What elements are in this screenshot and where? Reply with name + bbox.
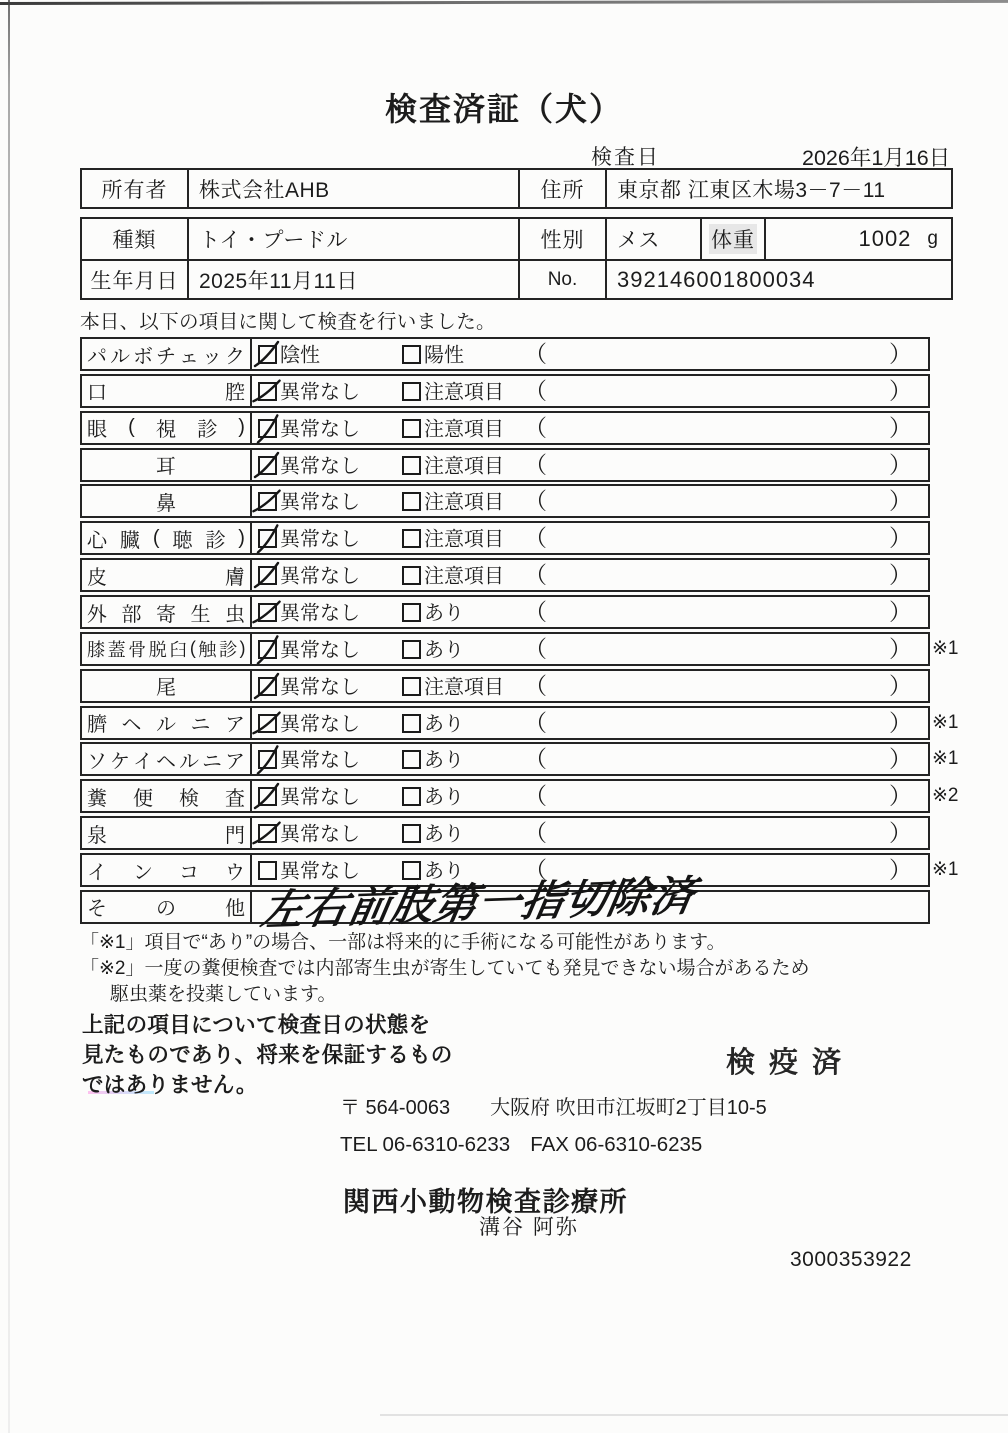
inspection-date-label: 検査日 <box>591 141 660 171</box>
remarks-paren-open: （ <box>524 594 547 627</box>
option-primary-label: 異常なし <box>280 670 360 699</box>
footnote-marker: ※1 <box>932 747 980 770</box>
checkbox-primary <box>258 714 277 733</box>
remarks-paren-close: ） <box>889 372 912 405</box>
checklist-row: 膝蓋骨脱臼(触診) 異常なし あり （ ） ※1 <box>80 632 930 666</box>
checklist-row: ソケイヘルニア 異常なし あり （ ） ※1 <box>80 742 930 776</box>
checklist-row: 鼻 異常なし 注意項目 （ ） <box>80 484 930 518</box>
serial-number: 3000353922 <box>790 1248 912 1272</box>
checklist-row-content: 異常なし 注意項目 （ ） <box>250 413 928 443</box>
checklist-item-label: 心臓(聴診) <box>82 523 250 553</box>
checklist-row: 外部寄生虫 異常なし あり （ ） <box>80 595 930 629</box>
option-primary-label: 陰性 <box>280 339 320 368</box>
checklist-row: 皮膚 異常なし 注意項目 （ ） <box>80 558 930 592</box>
sex-label: 性別 <box>518 219 605 259</box>
remarks-paren-close: ） <box>889 557 912 590</box>
checklist-row: 泉門 異常なし あり （ ） <box>80 816 930 850</box>
option-primary-label: 異常なし <box>280 560 360 589</box>
certificate-number-value: 392146001800034 <box>605 261 951 301</box>
checklist-item-label: インコウ <box>82 855 250 885</box>
remarks-paren-close: ） <box>889 520 912 553</box>
checklist-item-label: パルボチェック <box>82 339 250 369</box>
checkbox-secondary <box>402 566 421 585</box>
remarks-paren-close: ） <box>889 409 912 442</box>
checkbox-secondary <box>402 824 421 843</box>
disclaimer-block: 上記の項目について検査日の状態を 見たものであり、将来を保証するもの ではありま… <box>82 1010 453 1100</box>
clinic-tel: TEL 06-6310-6233 <box>340 1133 510 1157</box>
birthdate-label: 生年月日 <box>82 261 187 301</box>
weight-label: 体重 <box>700 219 764 259</box>
scan-edge-artifact-bottom <box>380 1414 1008 1416</box>
checklist-item-label: 口腔 <box>82 376 250 406</box>
handwritten-check-icon <box>251 338 283 370</box>
remarks-paren-open: （ <box>524 741 547 774</box>
checklist-item-label: 泉門 <box>82 818 250 848</box>
breed-label: 種類 <box>82 219 187 259</box>
clinic-phone-line: TEL 06-6310-6233 FAX 06-6310-6235 <box>340 1133 702 1157</box>
checklist-row-content: 異常なし 注意項目 （ ） <box>250 523 928 553</box>
scan-edge-artifact-top <box>0 0 1008 5</box>
checkbox-secondary <box>402 714 421 733</box>
option-secondary-label: 注意項目 <box>424 523 504 552</box>
checklist-item-label: ソケイヘルニア <box>82 744 250 774</box>
checklist-item-label: 皮膚 <box>82 560 250 590</box>
option-primary-label: 異常なし <box>280 523 360 552</box>
option-secondary-label: あり <box>424 707 464 736</box>
option-secondary-label: あり <box>424 744 464 773</box>
option-primary-label: 異常なし <box>280 744 360 773</box>
checklist-row-content: 異常なし あり （ ） <box>250 781 928 811</box>
checkbox-primary <box>258 529 277 548</box>
checklist-item-label: 耳 <box>82 450 250 480</box>
checklist-row-content: 異常なし 注意項目 （ ） <box>250 376 928 406</box>
breed-value: トイ・プードル <box>187 219 518 259</box>
footnote-marker: ※1 <box>932 637 980 660</box>
checklist-row-content: 陰性 陽性 （ ） <box>250 339 928 369</box>
handwritten-check-icon <box>251 449 283 481</box>
remarks-paren-close: ） <box>889 852 912 885</box>
checklist-row: 心臓(聴診) 異常なし 注意項目 （ ） <box>80 521 930 555</box>
remarks-paren-open: （ <box>524 667 547 700</box>
remarks-paren-open: （ <box>524 557 547 590</box>
option-primary-label: 異常なし <box>280 707 360 736</box>
checkbox-primary <box>258 456 277 475</box>
option-primary-label: 異常なし <box>280 781 360 810</box>
remarks-paren-close: ） <box>889 815 912 848</box>
checklist-row-content: 異常なし あり （ ） <box>250 818 928 848</box>
checkbox-primary <box>258 640 277 659</box>
option-secondary-label: あり <box>424 818 464 847</box>
checklist-row: 糞便検査 異常なし あり （ ） ※2 <box>80 779 930 813</box>
sex-value: メス <box>605 219 700 259</box>
checkbox-secondary <box>402 382 421 401</box>
checklist-item-label: 膝蓋骨脱臼(触診) <box>82 634 250 664</box>
checklist-item-label: 尾 <box>82 671 250 701</box>
checklist-item-label: 糞便検査 <box>82 781 250 811</box>
remarks-paren-open: （ <box>524 372 547 405</box>
remarks-paren-close: ） <box>889 778 912 811</box>
checklist-row-content: 異常なし あり （ ） <box>250 597 928 627</box>
remarks-paren-open: （ <box>524 704 547 737</box>
footnote-marker: ※2 <box>932 784 980 807</box>
option-primary-label: 異常なし <box>280 634 360 663</box>
owner-value: 株式会社AHB <box>187 170 518 207</box>
remarks-paren-close: ） <box>889 630 912 663</box>
intro-sentence: 本日、以下の項目に関して検査を行いました。 <box>80 306 496 334</box>
remarks-paren-open: （ <box>524 778 547 811</box>
checkbox-secondary <box>402 492 421 511</box>
checklist-row-content: 異常なし 注意項目 （ ） <box>250 671 928 701</box>
checkbox-secondary <box>402 456 421 475</box>
remarks-paren-open: （ <box>524 483 547 516</box>
footnote-marker: ※1 <box>932 711 980 734</box>
birthdate-value: 2025年11月11日 <box>187 261 518 301</box>
checkbox-secondary <box>402 603 421 622</box>
checklist-row-content: 左右前肢第一指切除済 <box>250 892 928 922</box>
remarks-paren-close: ） <box>889 483 912 516</box>
certificate-number-label: No. <box>518 261 605 301</box>
checklist-row-content: 異常なし あり （ ） <box>250 744 928 774</box>
checklist-row-content: 異常なし 注意項目 （ ） <box>250 560 928 590</box>
remarks-paren-close: ） <box>889 667 912 700</box>
checklist-row: 耳 異常なし 注意項目 （ ） <box>80 448 930 482</box>
checkbox-primary <box>258 824 277 843</box>
disclaimer-line-1: 上記の項目について検査日の状態を <box>82 1010 453 1040</box>
checklist-item-label: 眼(視診) <box>82 413 250 443</box>
option-primary-label: 異常なし <box>280 597 360 626</box>
footnote-2-continued: 駆虫薬を投薬しています。 <box>80 982 810 1008</box>
remarks-paren-open: （ <box>524 446 547 479</box>
handwritten-check-icon <box>251 559 283 591</box>
remarks-paren-open: （ <box>524 815 547 848</box>
option-secondary-label: あり <box>424 597 464 626</box>
option-secondary-label: 注意項目 <box>424 412 504 441</box>
checkbox-secondary <box>402 345 421 364</box>
owner-table: 所有者 株式会社AHB 住所 東京都 江東区木場3－7－11 <box>80 168 953 209</box>
checklist-item-label: 臍ヘルニア <box>82 708 250 738</box>
weight-value: 1002g <box>764 219 951 259</box>
footnote-2: 「※2」一度の糞便検査では内部寄生虫が寄生していても発見できない場合があるため <box>80 956 810 982</box>
option-secondary-label: 注意項目 <box>424 449 504 478</box>
checkbox-primary <box>258 603 277 622</box>
clinic-fax: FAX 06-6310-6235 <box>530 1133 702 1157</box>
remarks-paren-close: ） <box>889 446 912 479</box>
checklist-item-label: 外部寄生虫 <box>82 597 250 627</box>
checklist-row-content: 異常なし あり （ ） <box>250 708 928 738</box>
veterinarian-name: 溝谷 阿弥 <box>479 1211 579 1241</box>
checkbox-secondary <box>402 419 421 438</box>
option-primary-label: 異常なし <box>280 486 360 515</box>
checkbox-primary <box>258 787 277 806</box>
option-secondary-label: あり <box>424 634 464 663</box>
address-label: 住所 <box>518 170 605 207</box>
checkbox-primary <box>258 382 277 401</box>
checkbox-primary <box>258 345 277 364</box>
scanned-inspection-certificate: 検査済証（犬） 検査日 2026年1月16日 所有者 株式会社AHB 住所 東京… <box>0 0 1008 1433</box>
pet-table: 種類 トイ・プードル 性別 メス 体重 1002g 生年月日 2025年11月1… <box>80 217 953 300</box>
handwritten-check-icon <box>251 670 283 702</box>
clinic-address: 大阪府 吹田市江坂町2丁目10-5 <box>490 1091 767 1120</box>
disclaimer-line-2: 見たものであり、将来を保証するもの <box>82 1040 453 1070</box>
checklist-item-label: 鼻 <box>82 486 250 516</box>
remarks-paren-open: （ <box>524 520 547 553</box>
option-secondary-label: 注意項目 <box>424 486 504 515</box>
option-secondary-label: 注意項目 <box>424 560 504 589</box>
footnotes-block: 「※1」項目で“あり”の場合、一部は将来的に手術になる可能性があります。 「※2… <box>80 930 810 1008</box>
option-secondary-label: あり <box>424 781 464 810</box>
option-primary-label: 異常なし <box>280 818 360 847</box>
clinic-address-line: 〒 564-0063 大阪府 吹田市江坂町2丁目10-5 <box>340 1091 767 1120</box>
checklist-item-label: その他 <box>82 892 250 922</box>
checklist-row: その他 左右前肢第一指切除済 <box>80 890 930 924</box>
quarantine-passed-stamp: 検疫済 <box>726 1040 855 1081</box>
checklist-row: 口腔 異常なし 注意項目 （ ） <box>80 374 930 408</box>
checklist-row: 尾 異常なし 注意項目 （ ） <box>80 669 930 703</box>
page-title: 検査済証（犬） <box>0 84 1008 130</box>
checklist-row: パルボチェック 陰性 陽性 （ ） <box>80 337 930 371</box>
option-primary-label: 異常なし <box>280 375 360 404</box>
remarks-paren-close: ） <box>889 741 912 774</box>
checkbox-primary <box>258 566 277 585</box>
checkbox-secondary <box>402 640 421 659</box>
checkbox-secondary <box>402 787 421 806</box>
checklist-row-content: 異常なし あり （ ） <box>250 634 928 664</box>
clinic-zip: 〒 564-0063 <box>340 1091 450 1120</box>
scan-edge-artifact-left <box>8 0 10 1433</box>
checkbox-secondary <box>402 750 421 769</box>
checkbox-secondary <box>402 677 421 696</box>
checklist-row-content: 異常なし 注意項目 （ ） <box>250 450 928 480</box>
option-primary-label: 異常なし <box>280 412 360 441</box>
remarks-paren-open: （ <box>524 336 547 369</box>
remarks-paren-close: ） <box>889 594 912 627</box>
checklist-row-content: 異常なし 注意項目 （ ） <box>250 486 928 516</box>
remarks-paren-close: ） <box>889 704 912 737</box>
option-secondary-label: 陽性 <box>424 339 464 368</box>
option-secondary-label: 注意項目 <box>424 670 504 699</box>
remarks-paren-open: （ <box>524 409 547 442</box>
option-primary-label: 異常なし <box>280 449 360 478</box>
weight-unit: g <box>927 228 939 250</box>
checkbox-secondary <box>402 529 421 548</box>
checklist-row: 眼(視診) 異常なし 注意項目 （ ） <box>80 411 930 445</box>
checkbox-primary <box>258 677 277 696</box>
checklist-table: パルボチェック 陰性 陽性 （ ） 口腔 異常なし 注意 <box>80 337 930 924</box>
checkbox-primary <box>258 419 277 438</box>
checklist-row: 臍ヘルニア 異常なし あり （ ） ※1 <box>80 706 930 740</box>
remarks-paren-open: （ <box>524 630 547 663</box>
remarks-paren-close: ） <box>889 336 912 369</box>
footnote-1: 「※1」項目で“あり”の場合、一部は将来的に手術になる可能性があります。 <box>80 930 810 956</box>
checkbox-primary <box>258 492 277 511</box>
owner-label: 所有者 <box>82 170 187 207</box>
address-value: 東京都 江東区木場3－7－11 <box>605 170 951 207</box>
handwritten-check-icon <box>251 780 283 812</box>
footnote-marker: ※1 <box>932 858 980 881</box>
option-secondary-label: 注意項目 <box>424 375 504 404</box>
checkbox-primary <box>258 750 277 769</box>
